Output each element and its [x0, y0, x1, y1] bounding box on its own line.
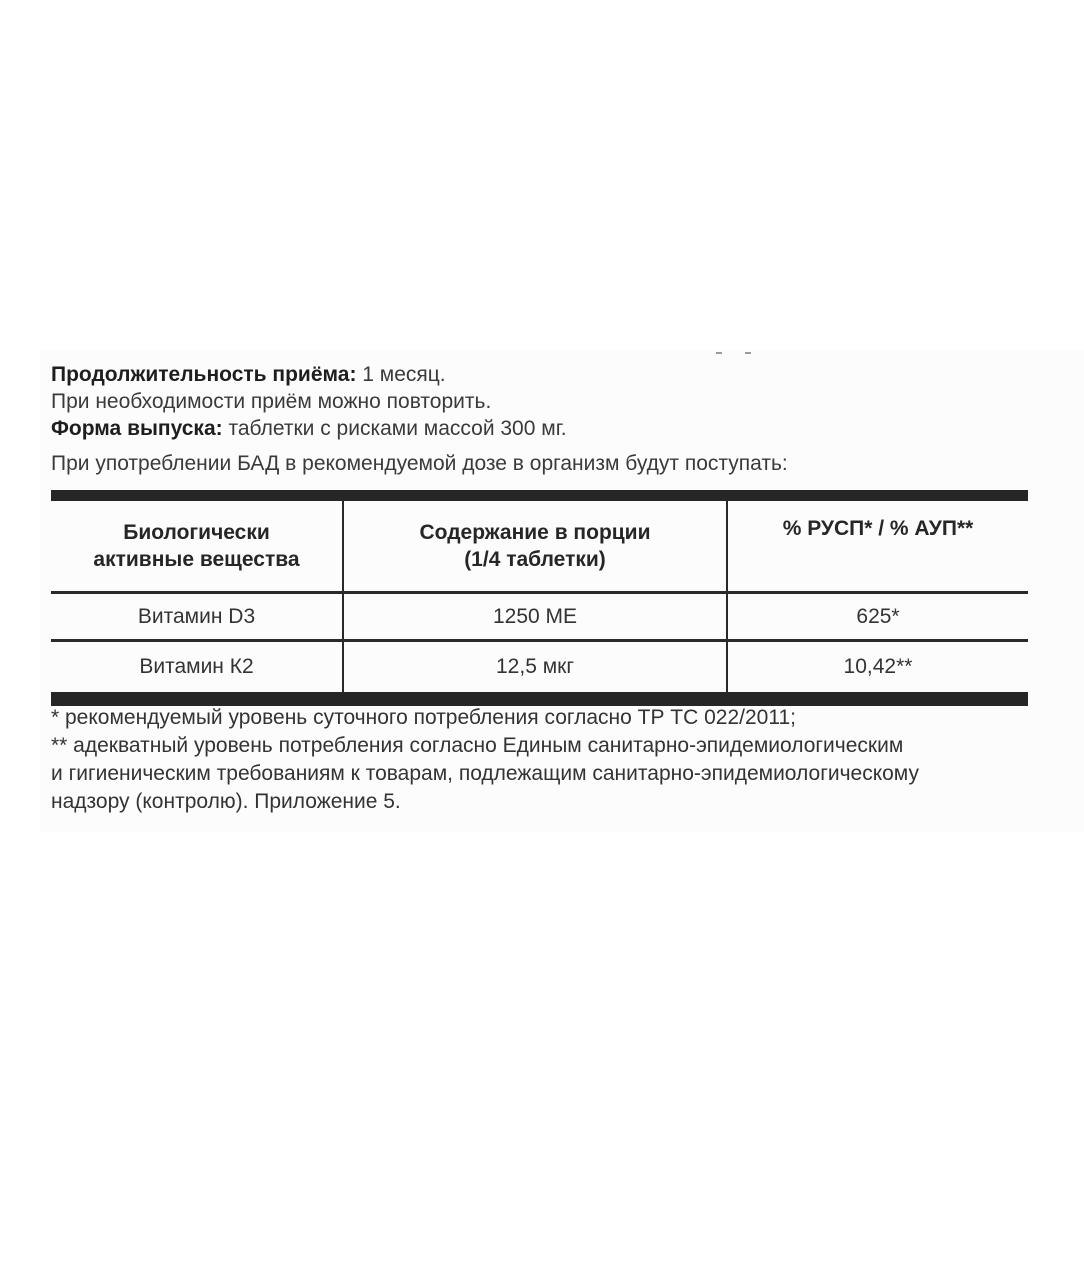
footnote-2-cont: и гигиеническим требованиям к товарам, п…: [51, 760, 919, 788]
footnote-2: ** адекватный уровень потребления соглас…: [51, 732, 919, 760]
cell-percent: 625*: [727, 593, 1028, 641]
table-header-row: Биологически активные вещества Содержани…: [51, 501, 1028, 593]
duration-line: Продолжительность приёма: 1 месяц.: [51, 361, 567, 388]
lead-text: При употреблении БАД в рекомендуемой доз…: [51, 451, 788, 477]
nutrient-table: Биологически активные вещества Содержани…: [51, 490, 1028, 706]
footnote-2-end: надзору (контролю). Приложение 5.: [51, 788, 919, 816]
repeat-note: При необходимости приём можно повторить.: [51, 388, 567, 415]
header-percent: % РУСП* / % АУП**: [727, 501, 1028, 593]
table-row: Витамин D3 1250 МЕ 625*: [51, 593, 1028, 641]
header-substance: Биологически активные вещества: [51, 501, 343, 593]
cell-percent: 10,42**: [727, 641, 1028, 693]
form-label: Форма выпуска:: [51, 417, 223, 440]
duration-value: 1 месяц.: [356, 363, 445, 386]
form-value: таблетки с рисками массой 300 мг.: [223, 417, 567, 440]
cell-amount: 1250 МЕ: [343, 593, 727, 641]
header-amount: Содержание в порции (1/4 таблетки): [343, 501, 727, 593]
table-row: Витамин К2 12,5 мкг 10,42**: [51, 641, 1028, 693]
intake-info: Продолжительность приёма: 1 месяц. При н…: [51, 361, 567, 442]
cell-substance: Витамин К2: [51, 641, 343, 693]
cell-amount: 12,5 мкг: [343, 641, 727, 693]
form-line: Форма выпуска: таблетки с рисками массой…: [51, 415, 567, 442]
duration-label: Продолжительность приёма:: [51, 363, 356, 386]
table-top-rule: [51, 490, 1028, 501]
cell-substance: Витамин D3: [51, 593, 343, 641]
footnote-1: * рекомендуемый уровень суточного потреб…: [51, 704, 919, 732]
footnotes: * рекомендуемый уровень суточного потреб…: [51, 704, 919, 816]
decorative-dashes: [716, 352, 756, 355]
